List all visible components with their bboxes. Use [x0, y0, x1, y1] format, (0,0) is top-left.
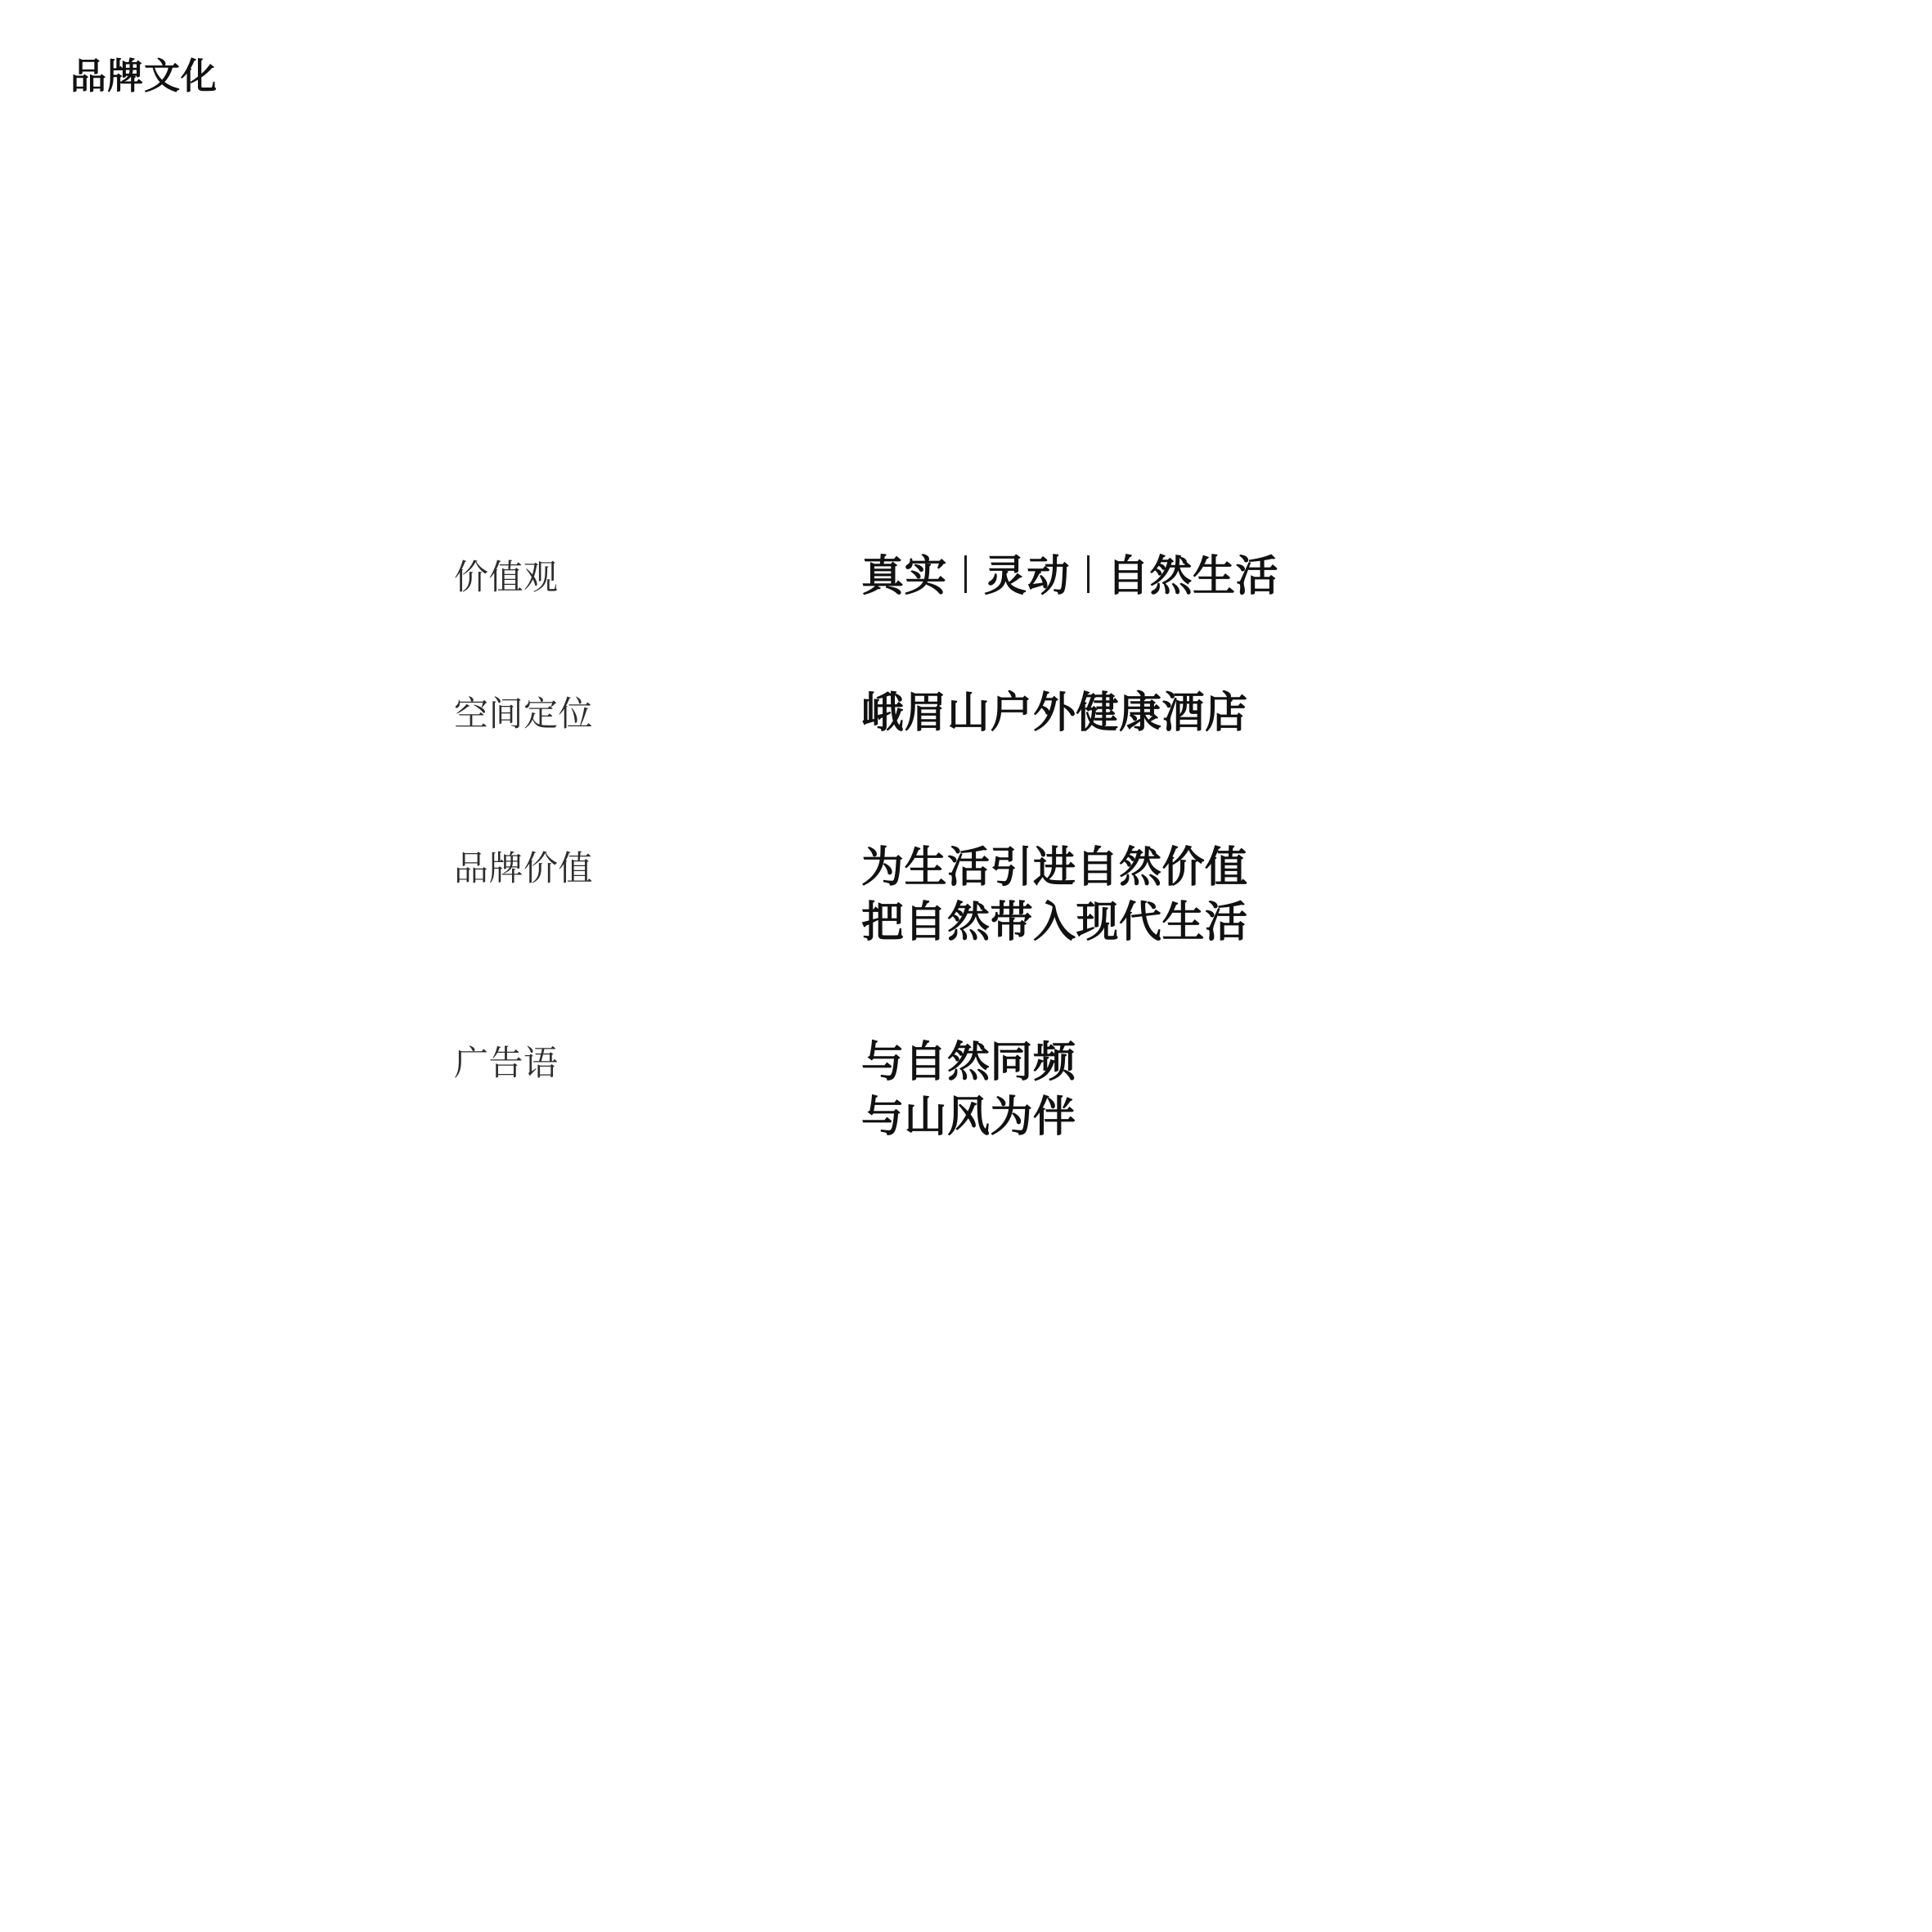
value-line: 与自然同频: [861, 1036, 1076, 1090]
row-values: 价值观 真实灵动自然生活: [454, 550, 1599, 604]
row-space-positioning: 空间定位 峨眉山户外健康酒店: [454, 686, 1599, 741]
value-segment-natural-life: 自然生活: [1107, 553, 1278, 600]
label-space-positioning: 空间定位: [454, 686, 861, 741]
value-line: 把自然带入现代生活: [861, 896, 1248, 950]
value-segment-authentic: 真实: [861, 553, 947, 600]
value-values: 真实灵动自然生活: [861, 550, 1278, 604]
row-brand-value: 品牌价值 为生活引进自然价值 把自然带入现代生活: [454, 841, 1599, 950]
value-brand-value: 为生活引进自然价值 把自然带入现代生活: [861, 841, 1248, 950]
brand-culture-page: 品牌文化 价值观 真实灵动自然生活 空间定位 峨眉山户外健康酒店 品牌价值 为生…: [0, 0, 1932, 1932]
value-segment-dynamic: 灵动: [984, 553, 1070, 600]
label-values: 价值观: [454, 550, 861, 604]
value-slogan: 与自然同频 与山风为伴: [861, 1036, 1076, 1145]
value-line: 峨眉山户外健康酒店: [861, 686, 1248, 741]
value-space-positioning: 峨眉山户外健康酒店: [861, 686, 1248, 741]
value-line: 为生活引进自然价值: [861, 841, 1248, 896]
value-line: 与山风为伴: [861, 1090, 1076, 1145]
label-slogan: 广告语: [454, 1036, 861, 1090]
label-brand-value: 品牌价值: [454, 841, 861, 896]
brand-culture-content: 价值观 真实灵动自然生活 空间定位 峨眉山户外健康酒店 品牌价值 为生活引进自然…: [454, 550, 1599, 1145]
page-title: 品牌文化: [70, 57, 218, 97]
vertical-divider-icon: [1087, 555, 1090, 593]
row-slogan: 广告语 与自然同频 与山风为伴: [454, 1036, 1599, 1145]
vertical-divider-icon: [964, 555, 967, 593]
